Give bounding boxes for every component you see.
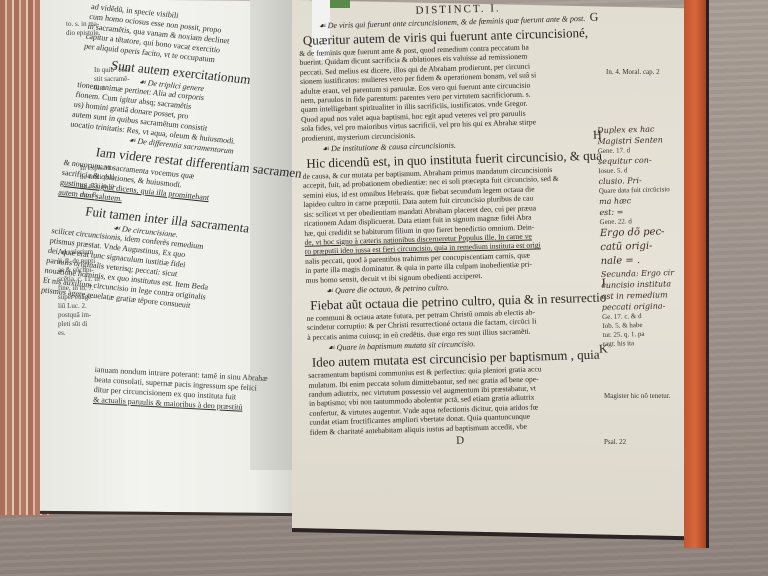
margin-line: mi. 73. in to- <box>80 182 116 191</box>
margin-line: fine, in to. 7. <box>58 284 100 293</box>
right-margin-notes: Duplex ex hac Magistri Senten Gene. 17. … <box>597 123 685 349</box>
printed-margin-note: In. 4. Moral. cap. 2 <box>606 68 660 76</box>
margin-line: as & cõcupi- <box>58 266 100 275</box>
right-page-text: DISTINCT. I. G ☙ De viris qui fuerunt an… <box>298 0 610 451</box>
margin-line: postquã im- <box>58 311 100 320</box>
margin-line: super euãge- <box>58 293 100 302</box>
left-margin-note-bottom: Ad valerium li. 2. de nupti as & cõcupi-… <box>58 248 100 338</box>
margin-line: tum <box>94 84 130 93</box>
printed-margin-note: Psal. 22 <box>604 438 626 446</box>
book-cover-edge <box>684 0 709 548</box>
margin-line: In quib⁹ cõsi <box>94 66 130 75</box>
rubric-text: Quare die octauo, & petrino cultro. <box>335 283 449 295</box>
margin-line: scẽtia, c. 11. in <box>58 275 100 284</box>
left-margin-note-low: In expositio ne tituli psal mi. 73. in t… <box>80 164 116 200</box>
margin-line: dio epistole. <box>66 29 100 38</box>
margin-line: li. 2. de nupti <box>58 257 100 266</box>
margin-line: pleti sũt di <box>58 320 100 329</box>
printed-margin-note: Magister hic nõ tenetur. <box>604 392 670 400</box>
margin-line: to. s. in ma- <box>66 20 100 29</box>
section-letter: G <box>589 10 598 25</box>
margin-line: liũ Luc. 2. <box>58 302 100 311</box>
left-margin-note-top: to. s. in ma- dio epistole. <box>66 20 100 38</box>
margin-line: stit sacramẽ- <box>94 75 130 84</box>
margin-line: In expositio <box>80 164 116 173</box>
margin-line: es. <box>58 329 100 338</box>
margin-line: ne tituli psal <box>80 173 116 182</box>
left-margin-note-mid: In quib⁹ cõsi stit sacramẽ- tum <box>94 66 130 93</box>
margin-line: Ad valerium <box>58 248 100 257</box>
margin-line: mo. 8 <box>80 191 116 200</box>
